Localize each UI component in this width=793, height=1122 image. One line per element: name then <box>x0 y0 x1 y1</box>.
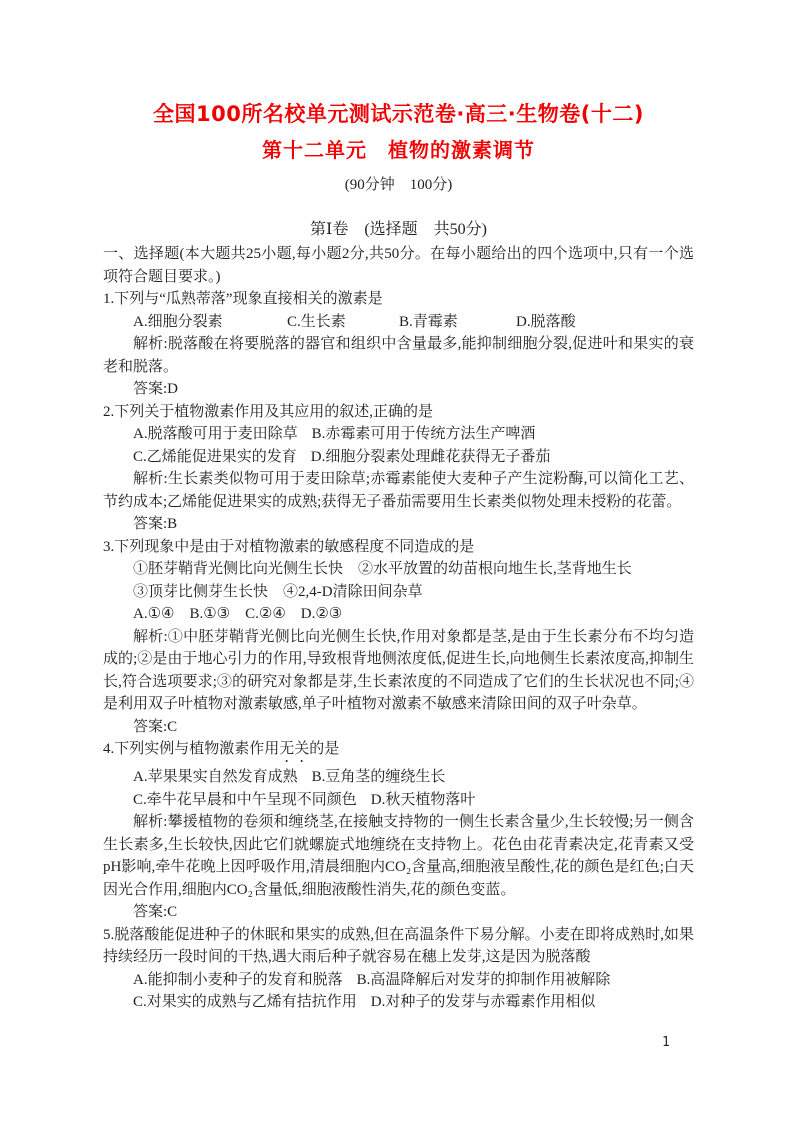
exam-title: 全国100所名校单元测试示范卷·高三·生物卷(十二) <box>103 102 694 126</box>
answer-text: 答案:D <box>103 378 694 401</box>
exam-document-page: 全国100所名校单元测试示范卷·高三·生物卷(十二) 第十二单元 植物的激素调节… <box>0 0 793 1014</box>
option-d: D.秋天植物落叶 <box>371 789 476 812</box>
answer-text: 答案:C <box>103 901 694 924</box>
question-5: 5.脱落酸能促进种子的休眠和果实的成熟,但在高温条件下易分解。小麦在即将成熟时,… <box>103 924 694 1014</box>
question-1: 1.下列与“瓜熟蒂落”现象直接相关的激素是 A.细胞分裂素 C.生长素 B.青霉… <box>103 288 694 401</box>
options-line: A.①④ B.①③ C.②④ D.②③ <box>103 603 694 626</box>
option-c: C.对果实的成熟与乙烯有拮抗作用 <box>133 991 357 1014</box>
option-c: C.生长素 <box>287 311 399 334</box>
analysis-text: 解析:①中胚芽鞘背光侧比向光侧生长快,作用对象都是茎,是由于生长素分布不均匀造成… <box>103 626 694 716</box>
option-a: A.细胞分裂素 <box>133 311 287 334</box>
options-row: C.牵牛花早晨和中午呈现不同颜色 D.秋天植物落叶 <box>103 789 694 812</box>
options-row: C.乙烯能促进果实的发育 D.细胞分裂素处理雌花获得无子番茄 <box>103 446 694 469</box>
time-score-line: (90分钟 100分) <box>103 175 694 195</box>
option-b: B.青霉素 <box>399 311 516 334</box>
question-stem: 1.下列与“瓜熟蒂落”现象直接相关的激素是 <box>103 288 694 311</box>
option-c: C.牵牛花早晨和中午呈现不同颜色 <box>133 789 357 812</box>
options-row: C.对果实的成熟与乙烯有拮抗作用 D.对种子的发芽与赤霉素作用相似 <box>103 991 694 1014</box>
numbered-items-line: ①胚芽鞘背光侧比向光侧生长快 ②水平放置的幼苗根向地生长,茎背地生长 <box>103 558 694 581</box>
question-stem: 2.下列关于植物激素作用及其应用的叙述,正确的是 <box>103 401 694 424</box>
option-d: D.细胞分裂素处理雌花获得无子番茄 <box>311 446 551 469</box>
analysis-text: 解析:脱落酸在将要脱落的器官和组织中含量最多,能抑制细胞分裂,促进叶和果实的衰老… <box>103 333 694 378</box>
stem-text: 4.下列实例与植物激素作用 <box>103 741 279 757</box>
page-number: 1 <box>662 1035 670 1051</box>
section-instructions: 一、选择题(本大题共25小题,每小题2分,共50分。在每小题给出的四个选项中,只… <box>103 243 694 288</box>
answer-text: 答案:C <box>103 716 694 739</box>
option-b: B.赤霉素可用于传统方法生产啤酒 <box>312 423 536 446</box>
options-row: A.苹果果实自然发育成熟 B.豆角茎的缠绕生长 <box>103 766 694 789</box>
option-b: B.高温降解后对发芽的抑制作用被解除 <box>357 969 611 992</box>
analysis-text: 解析:生长素类似物可用于麦田除草;赤霉素能使大麦种子产生淀粉酶,可以简化工艺、节… <box>103 468 694 513</box>
question-4: 4.下列实例与植物激素作用无关的是 A.苹果果实自然发育成熟 B.豆角茎的缠绕生… <box>103 738 694 924</box>
question-3: 3.下列现象中是由于对植物激素的敏感程度不同造成的是 ①胚芽鞘背光侧比向光侧生长… <box>103 536 694 739</box>
question-stem: 4.下列实例与植物激素作用无关的是 <box>103 738 694 766</box>
stem-text: 的是 <box>309 741 339 757</box>
option-d: D.脱落酸 <box>516 311 576 334</box>
section-title: 第Ⅰ卷 (选择题 共50分) <box>103 219 694 241</box>
options-row: A.细胞分裂素 C.生长素 B.青霉素 D.脱落酸 <box>103 311 694 334</box>
options-row: A.能抑制小麦种子的发育和脱落 B.高温降解后对发芽的抑制作用被解除 <box>103 969 694 992</box>
answer-text: 答案:B <box>103 513 694 536</box>
numbered-items-line: ③顶芽比侧芽生长快 ④2,4-D清除田间杂草 <box>103 581 694 604</box>
question-stem: 3.下列现象中是由于对植物激素的敏感程度不同造成的是 <box>103 536 694 559</box>
unit-title: 第十二单元 植物的激素调节 <box>103 139 694 161</box>
option-a: A.脱落酸可用于麦田除草 <box>133 423 298 446</box>
option-b: B.豆角茎的缠绕生长 <box>312 766 446 789</box>
question-2: 2.下列关于植物激素作用及其应用的叙述,正确的是 A.脱落酸可用于麦田除草 B.… <box>103 401 694 536</box>
question-stem: 5.脱落酸能促进种子的休眠和果实的成熟,但在高温条件下易分解。小麦在即将成熟时,… <box>103 924 694 969</box>
stem-emphasized-text: 无关 <box>279 741 309 757</box>
options-row: A.脱落酸可用于麦田除草 B.赤霉素可用于传统方法生产啤酒 <box>103 423 694 446</box>
option-a: A.能抑制小麦种子的发育和脱落 <box>133 969 343 992</box>
analysis-text: 解析:攀援植物的卷须和缠绕茎,在接触支持物的一侧生长素含量少,生长较慢;另一侧含… <box>103 811 694 901</box>
option-d: D.对种子的发芽与赤霉素作用相似 <box>371 991 596 1014</box>
option-c: C.乙烯能促进果实的发育 <box>133 446 297 469</box>
option-a: A.苹果果实自然发育成熟 <box>133 766 298 789</box>
